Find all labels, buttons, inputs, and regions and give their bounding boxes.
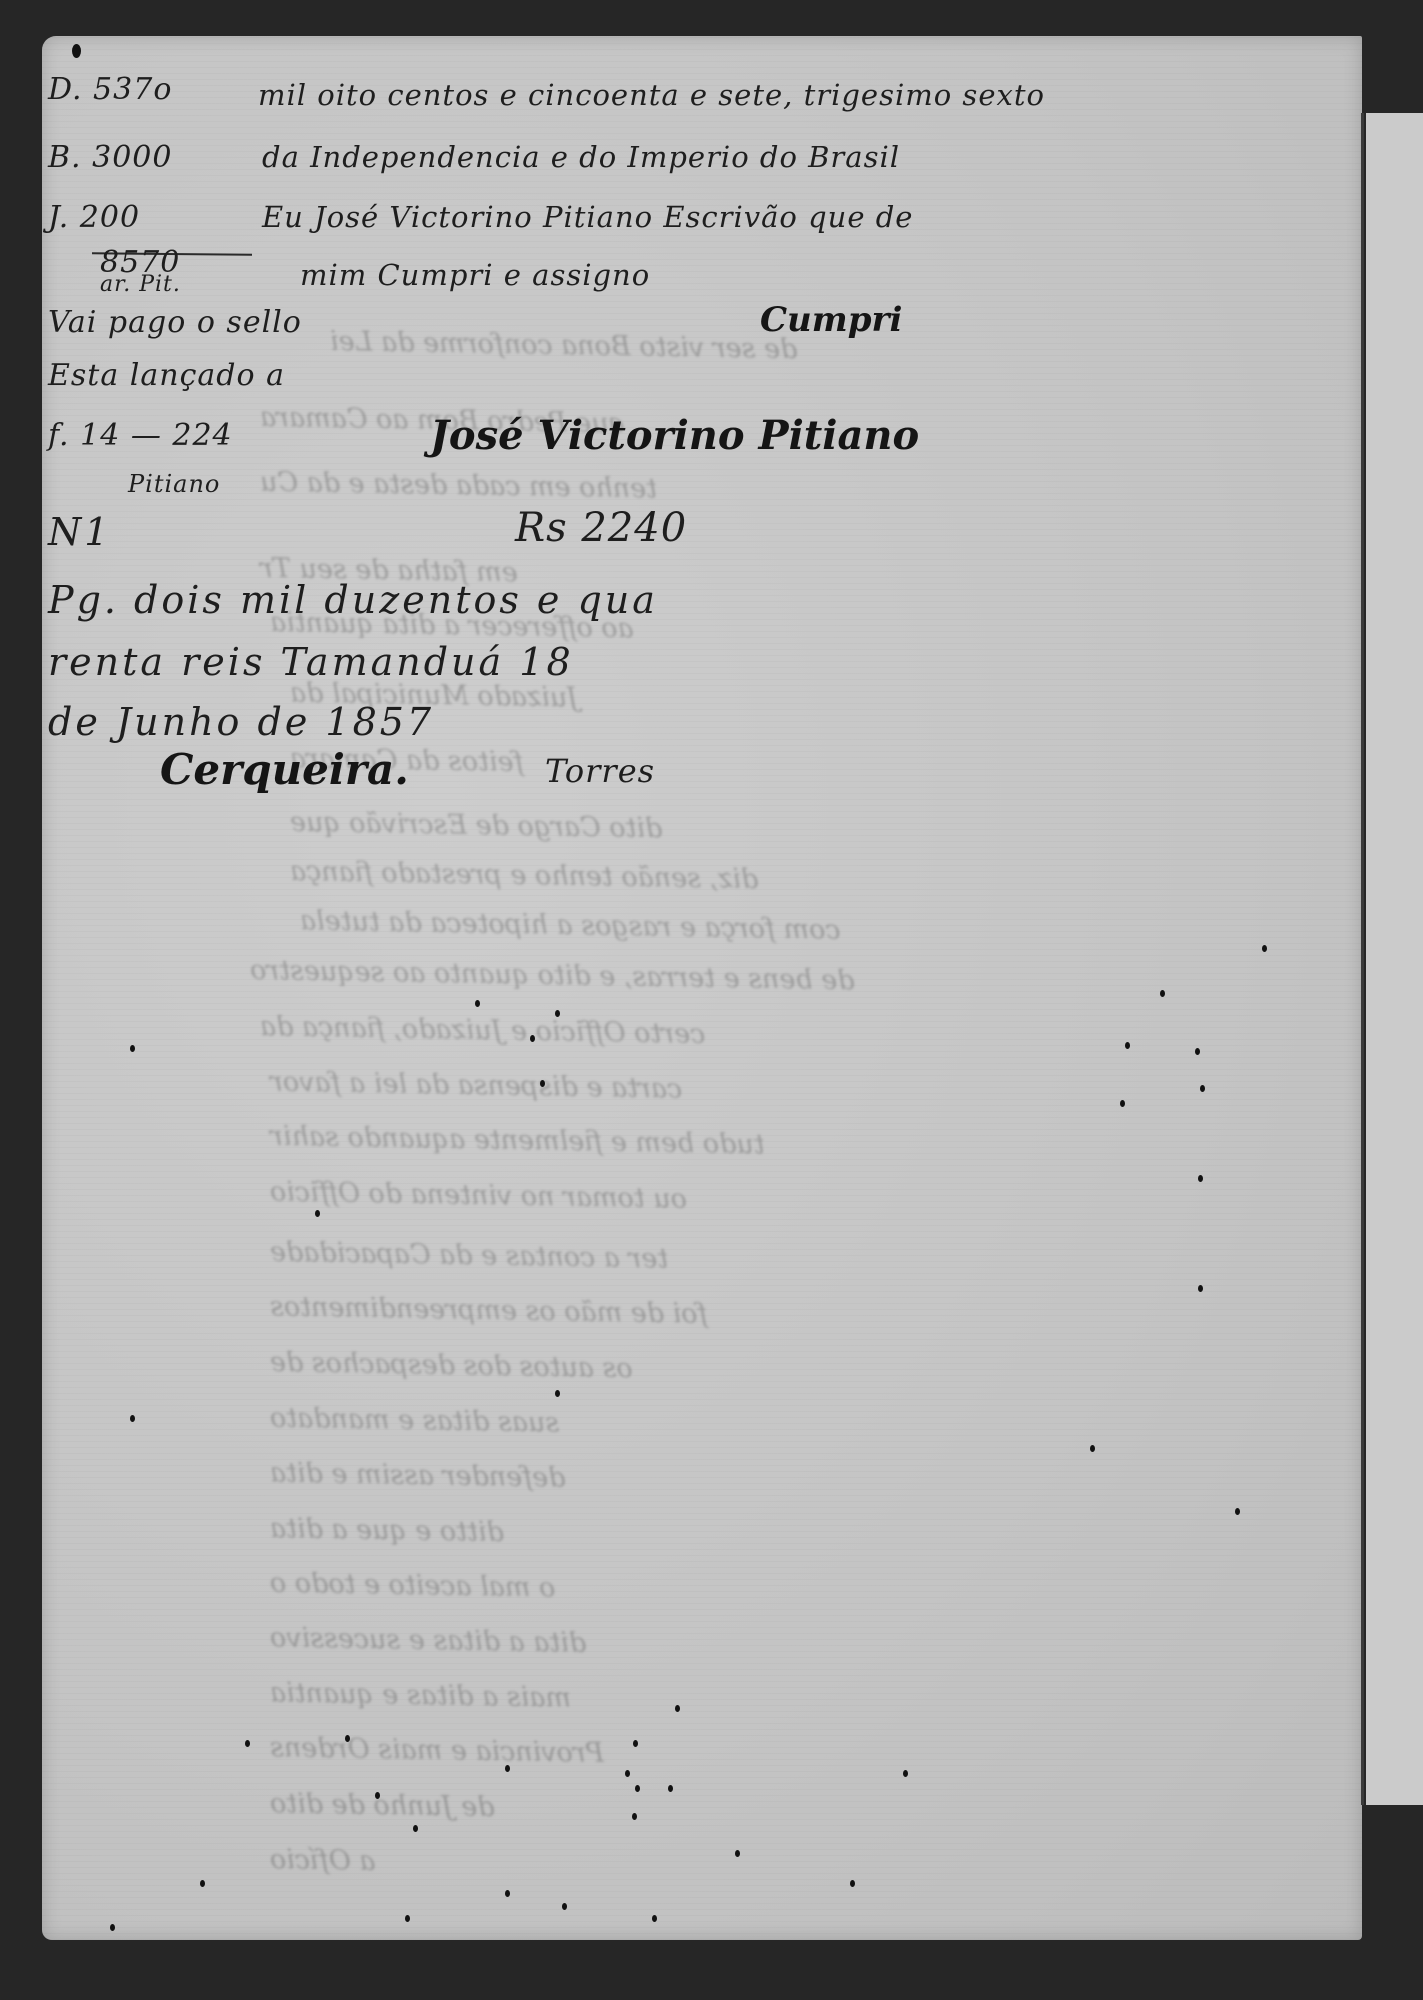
bleed-line: dita a ditas e sucessivo — [270, 1622, 587, 1659]
bleed-line: ditto e que a dita — [270, 1513, 504, 1548]
signature-torres: Torres — [545, 752, 655, 790]
speck — [540, 1080, 545, 1087]
speck — [633, 1740, 638, 1747]
speck — [345, 1735, 350, 1742]
signature-cerqueira: Cerqueira. — [160, 745, 409, 794]
speck — [200, 1880, 205, 1887]
receipt-line-3: de Junho de 1857 — [48, 700, 434, 744]
speck — [1125, 1042, 1130, 1049]
speck — [1262, 945, 1267, 952]
speck — [903, 1770, 908, 1777]
body-line-3: Eu José Victorino Pitiano Escrivão que d… — [262, 200, 913, 234]
speck — [555, 1010, 560, 1017]
speck — [1090, 1445, 1095, 1452]
scribe-signature: José Victorino Pitiano — [430, 412, 919, 459]
speck — [1235, 1508, 1240, 1515]
margin-note-pitiano: Pitiano — [128, 470, 220, 498]
speck — [130, 1045, 135, 1052]
cumpra-mark: Cumpri — [760, 300, 902, 340]
bleed-line: o mal aceito e todo o — [270, 1568, 556, 1604]
speck — [735, 1850, 740, 1857]
receipt-line-1: Pg. dois mil duzentos e qua — [48, 578, 658, 622]
speck — [505, 1765, 510, 1772]
body-line-4: mim Cumpri e assigno — [300, 258, 650, 292]
bleed-line: defender assim e dita — [270, 1457, 566, 1493]
speck — [315, 1210, 320, 1217]
speck — [1200, 1085, 1205, 1092]
speck — [375, 1792, 380, 1799]
speck — [625, 1770, 630, 1777]
bleed-line: suas ditas e mandato — [270, 1402, 560, 1438]
speck — [505, 1890, 510, 1897]
speck — [530, 1035, 535, 1042]
margin-note-d: D. 537o — [48, 72, 172, 107]
speck — [850, 1880, 855, 1887]
margin-note-lancado: Esta lançado a — [48, 358, 285, 393]
bleed-line: dito Cargo de Escrivão que — [290, 807, 663, 844]
bleed-line: de Junho de dito — [270, 1788, 495, 1823]
speck — [652, 1915, 657, 1922]
margin-note-j: J. 200 — [48, 200, 140, 235]
speck — [1198, 1175, 1203, 1182]
margin-note-ar: ar. Pit. — [100, 272, 181, 297]
body-line-2: da Independencia e do Imperio do Brasil — [262, 140, 900, 174]
bleed-line: a Ofício — [270, 1844, 376, 1877]
speck — [405, 1915, 410, 1922]
speck — [1198, 1285, 1203, 1292]
margin-note-sello: Vai pago o sello — [48, 305, 302, 340]
body-line-1: mil oito centos e cincoenta e sete, trig… — [258, 78, 1045, 112]
amount-total: Rs 2240 — [515, 505, 687, 551]
speck — [1195, 1048, 1200, 1055]
margin-note-folio: f. 14 — 224 — [48, 418, 233, 453]
bleed-line: mais a ditas e quantia — [270, 1677, 572, 1713]
speck — [635, 1785, 640, 1792]
page-divider-line — [1361, 113, 1364, 1805]
speck — [668, 1785, 673, 1792]
adjacent-page-edge — [1366, 113, 1423, 1805]
bleed-line: Provincia e mais Ordens — [270, 1732, 604, 1769]
speck — [1160, 990, 1165, 997]
margin-note-b: B. 3000 — [48, 140, 172, 175]
speck — [130, 1415, 135, 1422]
speck — [475, 1000, 480, 1007]
speck — [562, 1903, 567, 1910]
bleed-line: os autos dos despachos de — [270, 1347, 633, 1384]
speck — [413, 1825, 418, 1832]
speck — [72, 44, 81, 58]
speck — [675, 1705, 680, 1712]
receipt-number: N1 — [48, 510, 111, 554]
speck — [245, 1740, 250, 1747]
speck — [110, 1924, 115, 1931]
receipt-line-2: renta reis Tamanduá 18 — [48, 640, 574, 684]
speck — [1120, 1100, 1125, 1107]
speck — [632, 1813, 637, 1820]
speck — [555, 1390, 560, 1397]
